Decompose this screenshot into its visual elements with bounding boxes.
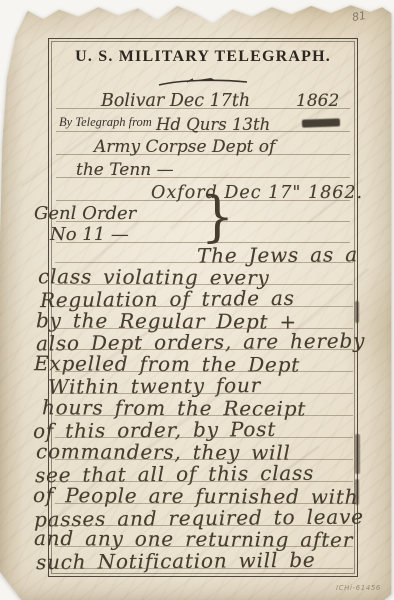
- handwritten-line: Within twenty four: [30, 372, 358, 394]
- by-telegraph-label: By Telegraph from: [59, 115, 152, 130]
- handwritten-line: commanders, they will: [30, 438, 358, 460]
- handwritten-line: such Notification will be: [30, 547, 358, 569]
- catalog-number-pencil: ICHi-61456: [336, 584, 381, 592]
- handwritten-body: The Jews as a class violating every Regu…: [30, 241, 358, 569]
- handwritten-line: passes and required to leave: [30, 504, 358, 526]
- handwritten-line: hours from the Receipt: [30, 394, 358, 416]
- unit-row-3: the Tenn —: [56, 154, 350, 178]
- form-title: U. S. MILITARY TELEGRAPH.: [49, 48, 357, 66]
- handwritten-line: Regulation of trade as: [30, 285, 358, 307]
- handwritten-line: by the Regular Dept +: [30, 307, 358, 329]
- order-brace: }: [201, 190, 234, 245]
- dateline-row: Bolivar Dec 17th 1862: [56, 85, 350, 109]
- handwritten-line: Expelled from the Dept: [30, 350, 358, 372]
- document-page: U. S. MILITARY TELEGRAPH. Bolivar Dec 17…: [0, 0, 394, 600]
- handwritten-line: of this order, by Post: [30, 416, 358, 438]
- handwritten-line: also Dept orders, are hereby: [30, 329, 358, 351]
- handwritten-line: class violating every: [30, 263, 358, 285]
- handwritten-line: The Jews as a: [30, 241, 358, 263]
- handwritten-line: of People are furnished with: [30, 482, 358, 504]
- unit-row-2: Army Corpse Dept of: [56, 131, 350, 155]
- by-telegraph-row: By Telegraph from Hd Qurs 13th: [56, 108, 350, 132]
- handwritten-line: and any one returning after: [30, 526, 358, 548]
- struck-out-word: [302, 118, 340, 127]
- document-page-wrap: U. S. MILITARY TELEGRAPH. Bolivar Dec 17…: [0, 0, 394, 600]
- page-number-pencil: 81: [351, 9, 367, 24]
- handwritten-line: see that all of this class: [30, 460, 358, 482]
